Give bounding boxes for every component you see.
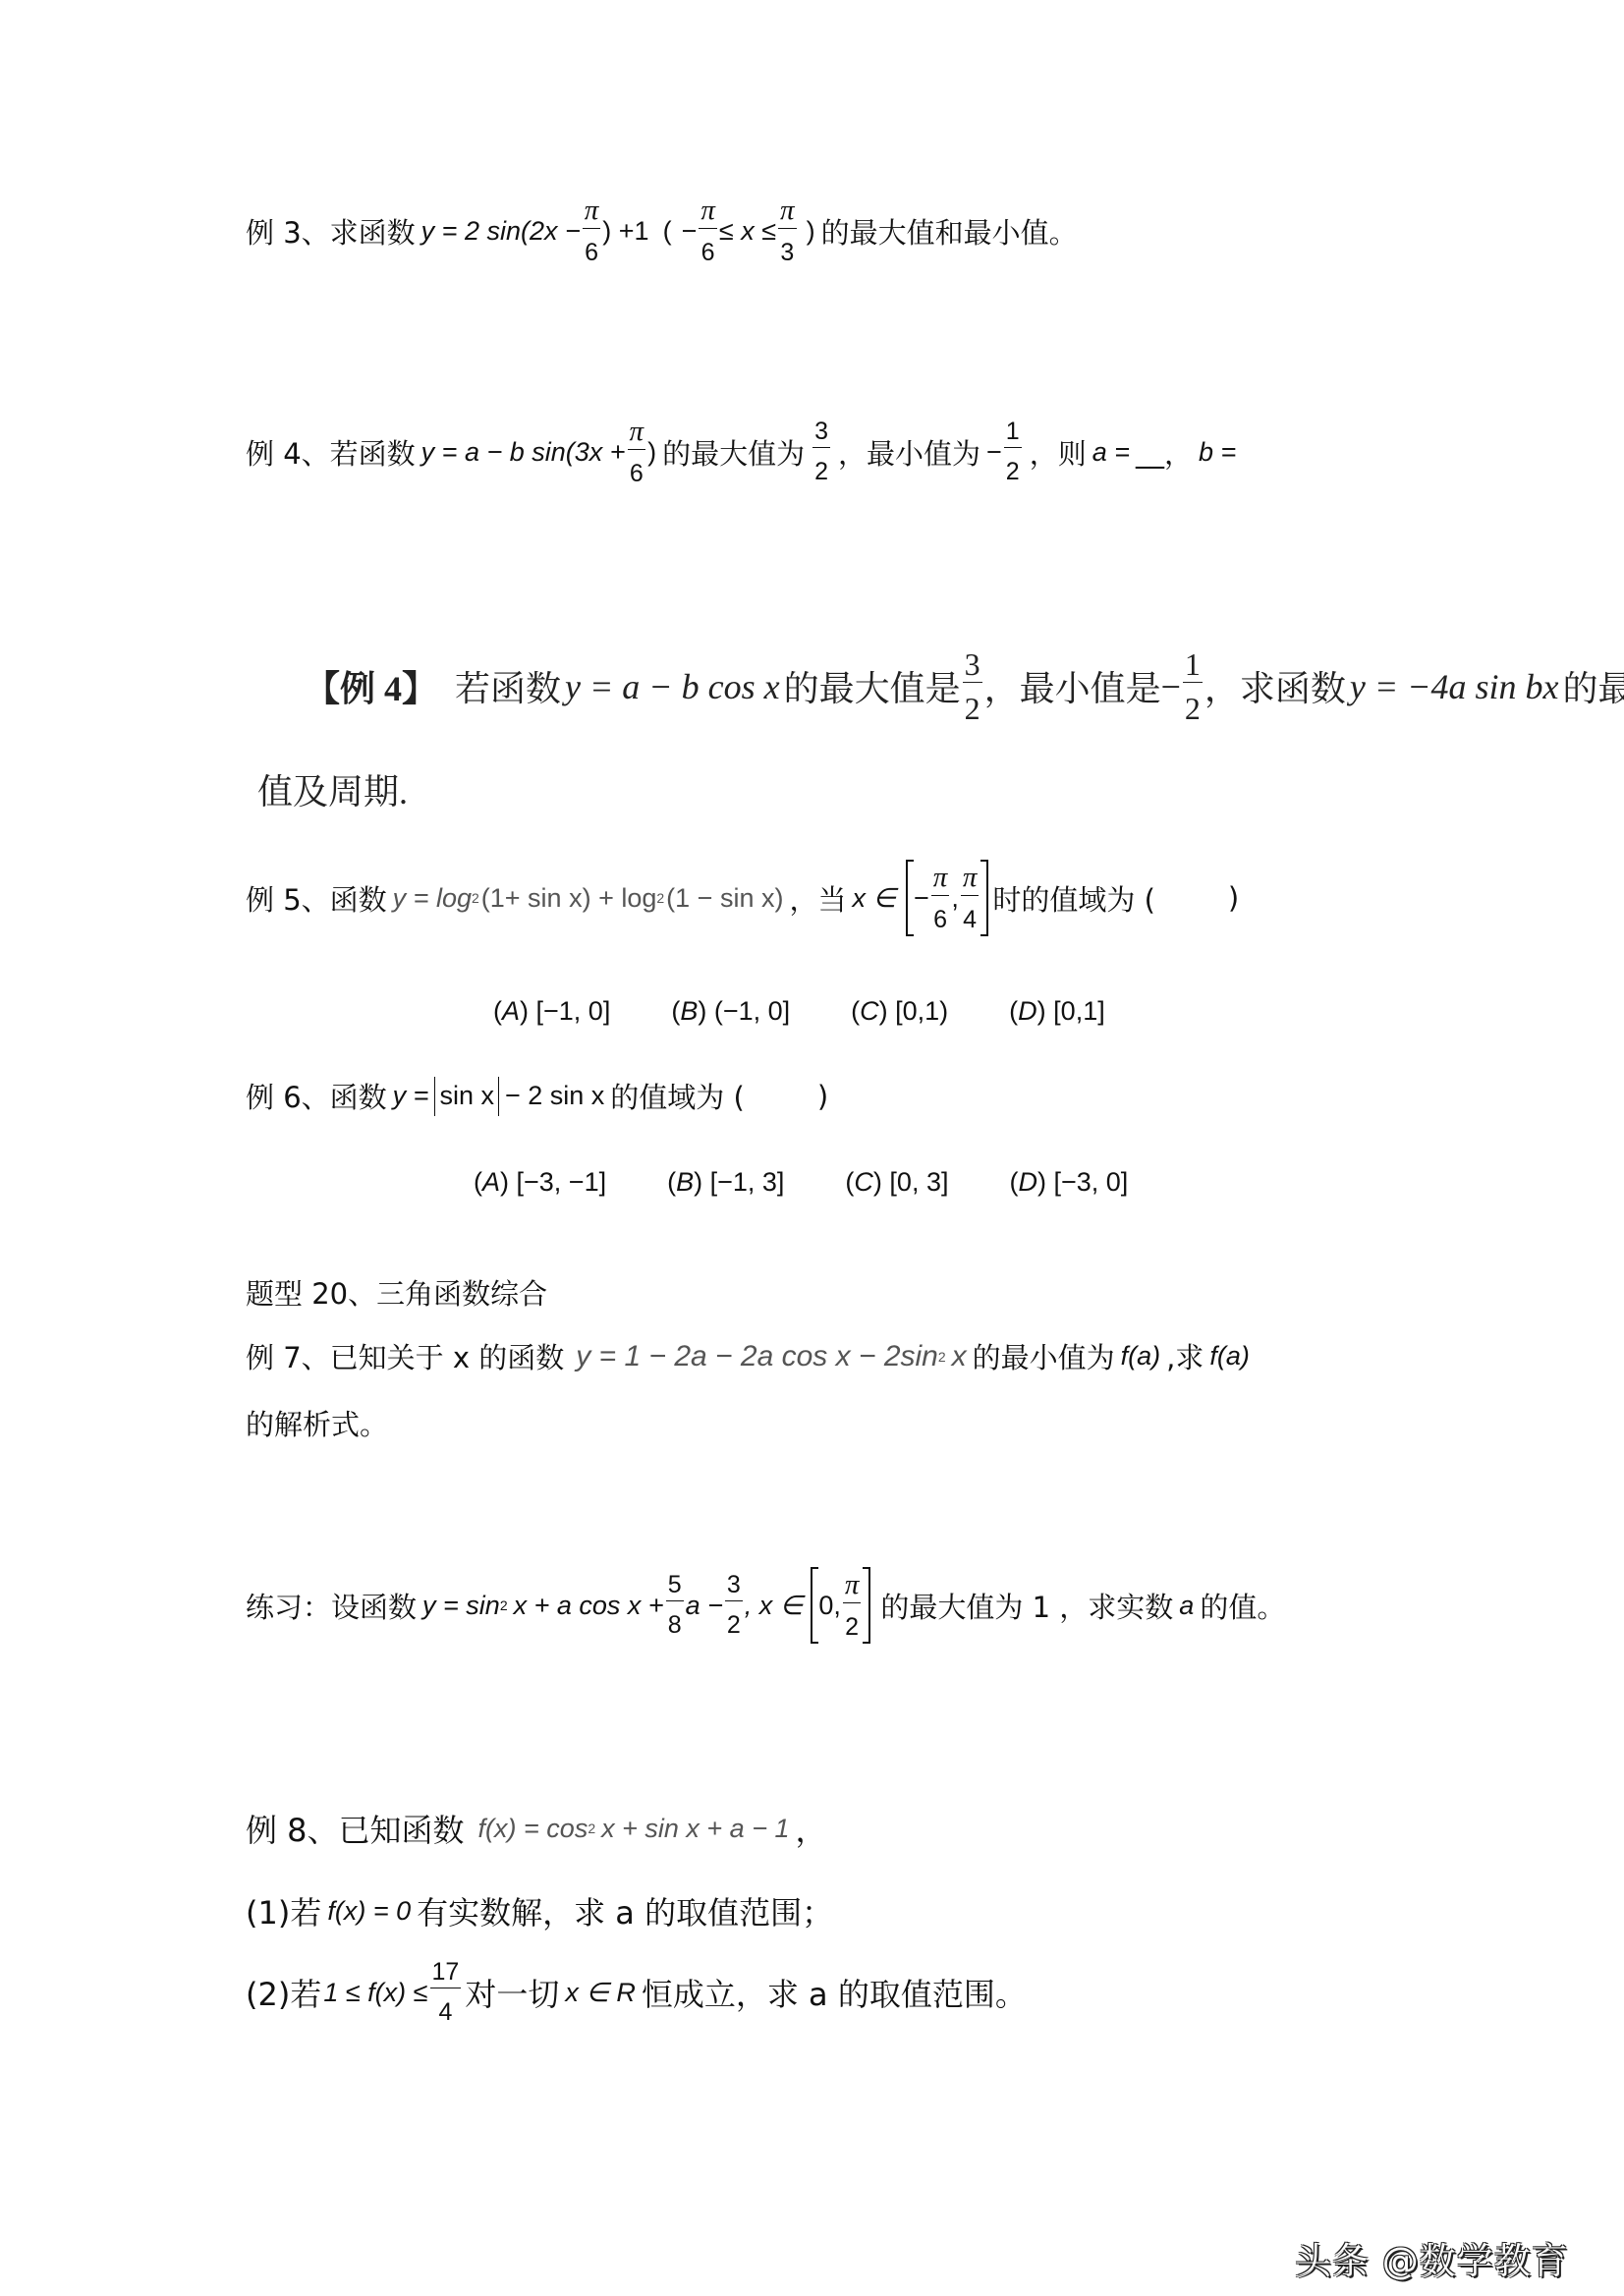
answer-blank: __ (1136, 435, 1164, 469)
example-4-alt: 【例 4】 若函数 y = a − b cos x 的最大值是 32 ，最小值是… (305, 648, 1624, 724)
fraction: π6 (931, 864, 950, 932)
example-5-options: (A) [−1, 0] (B) (−1, 0] (C) [0,1) (D) [0… (493, 996, 1166, 1027)
example-5-formula: y = log2 (1+ sin x) + log2 (1 − sin x) (393, 883, 784, 914)
example-8-part-1: (1)若 f(x) = 0 有实数解，求 a 的取值范围； (246, 1888, 833, 1933)
fraction: 12 (1004, 420, 1022, 484)
absolute-value: sin x (434, 1077, 499, 1116)
fraction: π3 (778, 196, 797, 265)
fraction: 12 (1183, 648, 1203, 724)
example-7-line2: 的解析式。 (246, 1403, 388, 1443)
example-4-alt-line2: 值及周期. (257, 764, 408, 814)
option-d[interactable]: (D) [−3, 0] (1009, 1167, 1128, 1198)
fraction: π6 (628, 418, 646, 486)
example-8-formula: f(x) = cos2 x + sin x + a − 1 (478, 1814, 790, 1844)
interval-bracket: − π6 , π4 (906, 860, 988, 936)
option-a[interactable]: (A) [−1, 0] (493, 996, 610, 1027)
practice-formula: y = sin2 x + a cos x + 58 a − 32 , x ∈ 0… (422, 1567, 874, 1644)
section-title: 题型 20、三角函数综合 (246, 1272, 547, 1313)
watermark: 头条 @数学教育 (1295, 2231, 1569, 2284)
example-4: 例 4、若函数 y = a − b sin(3x + π6 ) 的最大值为 32… (246, 418, 1242, 486)
interval-bracket: 0, π2 (811, 1567, 870, 1644)
example-4-formula: y = a − b sin(3x + π6 ) (421, 418, 656, 486)
practice: 练习：设函数 y = sin2 x + a cos x + 58 a − 32 … (246, 1567, 1285, 1644)
option-a[interactable]: (A) [−3, −1] (474, 1167, 606, 1198)
fraction: π6 (583, 196, 601, 265)
fraction: 32 (963, 648, 982, 724)
fraction: π6 (699, 196, 717, 265)
option-c[interactable]: (C) [0,1) (851, 996, 948, 1027)
example-5: 例 5、函数 y = log2 (1+ sin x) + log2 (1 − s… (246, 860, 1239, 936)
fraction: 58 (666, 1573, 684, 1638)
example-7-formula: y = 1 − 2a − 2a cos x − 2sin2x (576, 1340, 966, 1373)
example-6-options: (A) [−3, −1] (B) [−1, 3] (C) [0, 3] (D) … (474, 1167, 1189, 1198)
fraction: 32 (725, 1573, 743, 1638)
fraction: π2 (843, 1571, 862, 1640)
example-3-label: 例 3、求函数 (246, 211, 416, 252)
fraction: 32 (812, 420, 830, 484)
fraction: 174 (430, 1960, 462, 2025)
fraction: π4 (961, 864, 980, 932)
example-6: 例 6、函数 y = sin x − 2 sin x 的值域为 ( ) (246, 1076, 828, 1116)
example-8: 例 8、已知函数 f(x) = cos2 x + sin x + a − 1 ， (246, 1806, 827, 1851)
option-d[interactable]: (D) [0,1] (1009, 996, 1105, 1027)
example-3: 例 3、求函数 y = 2 sin(2x − π6 ) +1 ( − π6 ≤ … (246, 196, 1078, 265)
example-7: 例 7、已知关于 x 的函数 y = 1 − 2a − 2a cos x − 2… (246, 1336, 1256, 1376)
example-8-part-2: (2)若 1 ≤ f(x) ≤ 174 对一切 x ∈ R 恒成立，求 a 的取… (246, 1960, 1027, 2025)
option-c[interactable]: (C) [0, 3] (845, 1167, 948, 1198)
example-6-formula: y = sin x − 2 sin x (393, 1077, 605, 1116)
option-b[interactable]: (B) [−1, 3] (667, 1167, 784, 1198)
example-3-formula: y = 2 sin(2x − π6 ) +1 ( − π6 ≤ x ≤ π3 ) (421, 196, 815, 265)
option-b[interactable]: (B) (−1, 0] (671, 996, 790, 1027)
